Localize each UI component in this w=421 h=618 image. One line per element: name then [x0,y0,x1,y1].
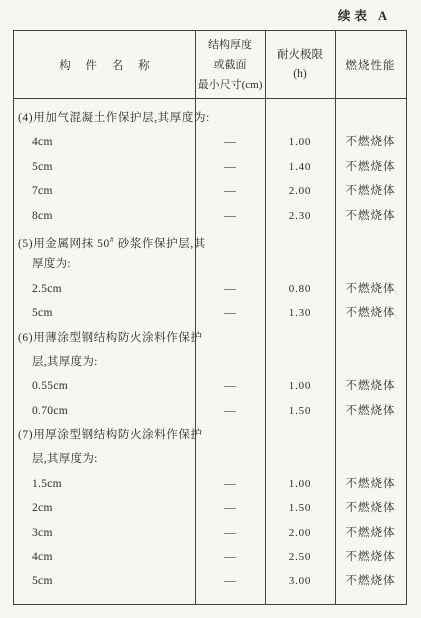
table-row: 0.55cm—1.00不燃烧体 [14,374,406,398]
thickness-cell: — [195,374,265,398]
component-name-cell: (6)用薄涂型钢结构防火涂料作保护 [14,326,195,350]
fire-limit-cell [265,447,335,471]
thickness-cell: — [195,521,265,545]
thickness-cell [195,423,265,447]
thickness-cell [195,252,265,276]
component-name-cell: 4cm [14,545,195,569]
combustibility-cell [335,106,406,130]
combustibility-cell: 不燃烧体 [335,179,406,203]
combustibility-cell [335,326,406,350]
component-name-cell: 2.5cm [14,277,195,301]
thickness-cell: — [195,204,265,228]
thickness-cell: — [195,277,265,301]
header-component-name: 构 件 名 称 [14,31,195,98]
table-header-row: 构 件 名 称 结构厚度 或截面 最小尺寸(cm) 耐火极限 (h) 燃烧性能 [14,31,406,99]
thickness-cell: — [195,496,265,520]
component-name-cell: 3cm [14,521,195,545]
continuation-table-label: 续表 A [338,6,391,24]
table-row: 3cm—2.00不燃烧体 [14,521,406,545]
thickness-cell [195,106,265,130]
fire-limit-cell: 2.50 [265,545,335,569]
fire-limit-cell [265,326,335,350]
header-thickness: 结构厚度 或截面 最小尺寸(cm) [195,31,265,98]
combustibility-cell [335,252,406,276]
combustibility-cell: 不燃烧体 [335,204,406,228]
combustibility-cell: 不燃烧体 [335,569,406,593]
component-name-cell: 1.5cm [14,472,195,496]
component-name-cell: 5cm [14,155,195,179]
thickness-cell: — [195,545,265,569]
thickness-cell: — [195,301,265,325]
header-fire-limit-line2: (h) [293,65,306,84]
table-row: 5cm—1.30不燃烧体 [14,301,406,325]
combustibility-cell [335,423,406,447]
fire-limit-cell: 1.00 [265,374,335,398]
combustibility-cell: 不燃烧体 [335,374,406,398]
combustibility-cell: 不燃烧体 [335,277,406,301]
fire-limit-cell: 0.80 [265,277,335,301]
table-row: 5cm—1.40不燃烧体 [14,155,406,179]
thickness-cell [195,447,265,471]
component-name-cell: 4cm [14,130,195,154]
component-name-cell: 7cm [14,179,195,203]
combustibility-cell: 不燃烧体 [335,301,406,325]
component-name-cell: 厚度为: [14,252,195,276]
table-row: 层,其厚度为: [14,350,406,374]
table-row: 4cm—2.50不燃烧体 [14,545,406,569]
component-name-cell: 2cm [14,496,195,520]
component-name-cell: 0.55cm [14,374,195,398]
combustibility-cell: 不燃烧体 [335,472,406,496]
thickness-cell: — [195,399,265,423]
combustibility-cell: 不燃烧体 [335,545,406,569]
combustibility-cell [335,447,406,471]
fire-resistance-table: 构 件 名 称 结构厚度 或截面 最小尺寸(cm) 耐火极限 (h) 燃烧性能 … [13,30,407,605]
component-name-cell: (4)用加气混凝土作保护层,其厚度为: [14,106,195,130]
combustibility-cell: 不燃烧体 [335,130,406,154]
combustibility-cell: 不燃烧体 [335,521,406,545]
component-name-cell: (7)用厚涂型钢结构防火涂料作保护 [14,423,195,447]
component-name-text: 砂浆作保护层,其 [114,238,206,250]
table-row: 厚度为: [14,252,406,276]
fire-limit-cell: 1.30 [265,301,335,325]
thickness-cell: — [195,155,265,179]
thickness-cell: — [195,569,265,593]
fire-limit-cell: 3.00 [265,569,335,593]
fire-limit-cell: 1.50 [265,399,335,423]
combustibility-cell: 不燃烧体 [335,496,406,520]
fire-limit-cell: 1.00 [265,472,335,496]
header-thickness-line2: 或截面 [214,55,247,75]
component-name-cell: 层,其厚度为: [14,350,195,374]
header-fire-limit-line1: 耐火极限 [277,46,323,65]
table-row: 4cm—1.00不燃烧体 [14,130,406,154]
table-row: (7)用厚涂型钢结构防火涂料作保护 [14,423,406,447]
component-name-cell: 8cm [14,204,195,228]
header-thickness-line1: 结构厚度 [208,35,252,55]
fire-limit-cell: 2.00 [265,521,335,545]
thickness-cell [195,350,265,374]
scanned-document-page: 续表 A 构 件 名 称 结构厚度 或截面 最小尺寸(cm) 耐火极限 (h) … [0,0,421,618]
thickness-cell: — [195,179,265,203]
table-row: (6)用薄涂型钢结构防火涂料作保护 [14,326,406,350]
table-row: 2.5cm—0.80不燃烧体 [14,277,406,301]
fire-limit-cell: 2.30 [265,204,335,228]
component-name-cell: 0.70cm [14,399,195,423]
thickness-cell [195,326,265,350]
fire-limit-cell: 1.40 [265,155,335,179]
header-combustibility: 燃烧性能 [335,31,406,98]
component-name-text: (5)用金属网抹 50 [18,238,110,250]
header-fire-limit: 耐火极限 (h) [265,31,335,98]
table-row: (5)用金属网抹 50# 砂浆作保护层,其 [14,228,406,252]
component-name-cell: 5cm [14,569,195,593]
component-name-cell: 5cm [14,301,195,325]
fire-limit-cell: 1.00 [265,130,335,154]
component-name-cell: 层,其厚度为: [14,447,195,471]
table-row: 5cm—3.00不燃烧体 [14,569,406,593]
fire-limit-cell [265,106,335,130]
table-body: (4)用加气混凝土作保护层,其厚度为:4cm—1.00不燃烧体5cm—1.40不… [14,99,406,594]
header-thickness-line3: 最小尺寸(cm) [198,75,263,95]
table-row: 1.5cm—1.00不燃烧体 [14,472,406,496]
fire-limit-cell [265,423,335,447]
fire-limit-cell [265,252,335,276]
fire-limit-cell: 1.50 [265,496,335,520]
combustibility-cell: 不燃烧体 [335,399,406,423]
table-row: 0.70cm—1.50不燃烧体 [14,399,406,423]
table-row: (4)用加气混凝土作保护层,其厚度为: [14,106,406,130]
table-row: 2cm—1.50不燃烧体 [14,496,406,520]
combustibility-cell: 不燃烧体 [335,155,406,179]
thickness-cell: — [195,472,265,496]
fire-limit-cell [265,350,335,374]
thickness-cell: — [195,130,265,154]
combustibility-cell [335,350,406,374]
fire-limit-cell: 2.00 [265,179,335,203]
table-row: 7cm—2.00不燃烧体 [14,179,406,203]
table-row: 层,其厚度为: [14,447,406,471]
table-row: 8cm—2.30不燃烧体 [14,204,406,228]
